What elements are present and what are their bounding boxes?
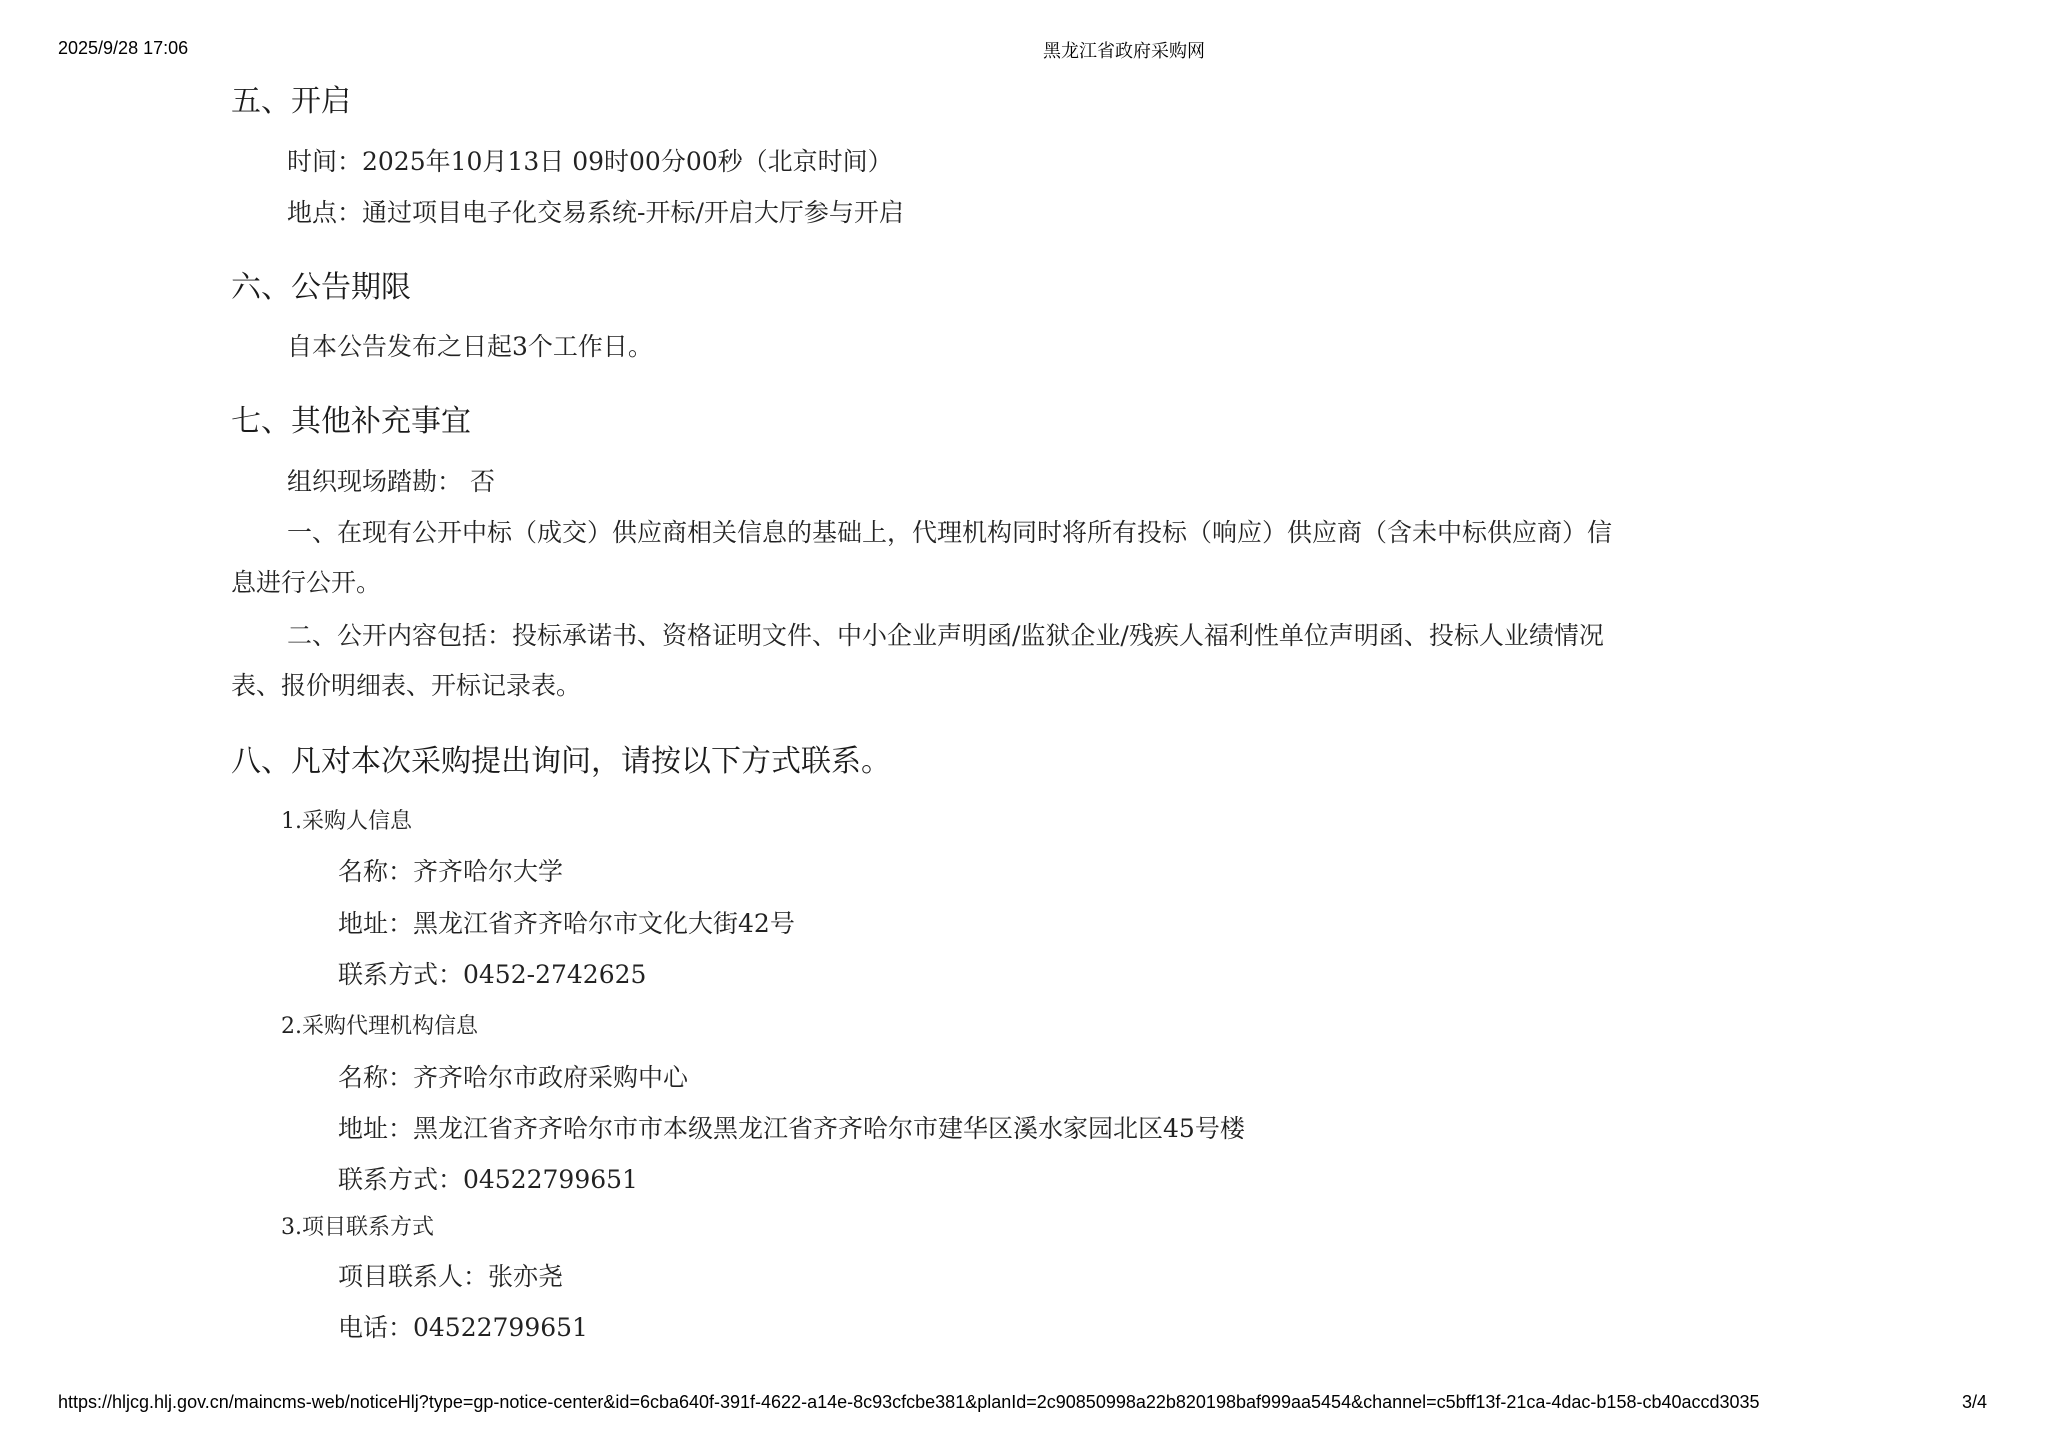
agency-contact: 联系方式：04522799651 [338, 1164, 638, 1196]
purchaser-address: 地址：黑龙江省齐齐哈尔市文化大街42号 [338, 908, 795, 940]
print-footer-url: https://hljcg.hlj.gov.cn/maincms-web/not… [58, 1391, 1760, 1413]
agency-name: 名称：齐齐哈尔市政府采购中心 [338, 1062, 688, 1094]
section-heading-other-matters: 七、其他补充事宜 [231, 404, 471, 440]
section-heading-open: 五、开启 [231, 84, 351, 120]
open-place: 地点：通过项目电子化交易系统-开标/开启大厅参与开启 [287, 197, 904, 229]
project-contact-title: 3.项目联系方式 [281, 1214, 434, 1242]
project-contact-phone: 电话：04522799651 [338, 1312, 588, 1344]
notice-period-text: 自本公告发布之日起3个工作日。 [287, 331, 653, 363]
print-site-title: 黑龙江省政府采购网 [1043, 40, 1205, 62]
disclosure-paragraph-2-line-1: 二、公开内容包括：投标承诺书、资格证明文件、中小企业声明函/监狱企业/残疾人福利… [287, 620, 1604, 652]
disclosure-paragraph-1-line-2: 息进行公开。 [231, 567, 381, 599]
print-page-number: 3/4 [1962, 1391, 1987, 1413]
print-datetime: 2025/9/28 17:06 [58, 37, 188, 59]
disclosure-paragraph-1-line-1: 一、在现有公开中标（成交）供应商相关信息的基础上，代理机构同时将所有投标（响应）… [287, 517, 1612, 549]
disclosure-paragraph-2-line-2: 表、报价明细表、开标记录表。 [231, 670, 581, 702]
agency-info-title: 2.采购代理机构信息 [281, 1013, 478, 1041]
section-heading-notice-period: 六、公告期限 [231, 270, 411, 306]
agency-address: 地址：黑龙江省齐齐哈尔市市本级黑龙江省齐齐哈尔市建华区溪水家园北区45号楼 [338, 1113, 1245, 1145]
purchaser-info-title: 1.采购人信息 [281, 808, 412, 836]
purchaser-contact: 联系方式：0452-2742625 [338, 959, 646, 991]
open-time: 时间：2025年10月13日 09时00分00秒（北京时间） [287, 146, 893, 178]
project-contact-person: 项目联系人：张亦尧 [338, 1261, 563, 1293]
site-visit-text: 组织现场踏勘： 否 [287, 466, 495, 498]
section-heading-inquiry-contacts: 八、凡对本次采购提出询问，请按以下方式联系。 [231, 744, 891, 780]
purchaser-name: 名称：齐齐哈尔大学 [338, 856, 563, 888]
